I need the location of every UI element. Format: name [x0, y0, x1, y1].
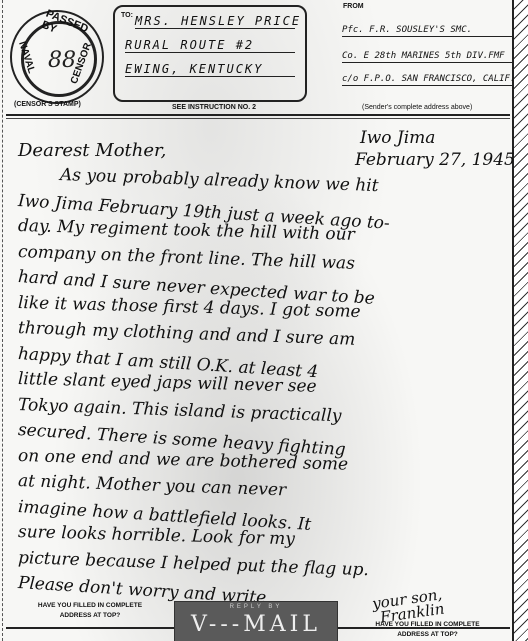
letter-line: company on the front line. The hill was [18, 242, 356, 274]
letter-line: at night. Mother you can never [18, 471, 287, 500]
censor-stamp-number: 88 [48, 48, 76, 73]
vmail-badge: REPLY BY V---MAIL [174, 601, 338, 641]
letter-salutation: Dearest Mother, [18, 140, 166, 161]
recipient-line-1: MRS. HENSLEY PRICE [135, 14, 295, 29]
to-label: TO: [121, 12, 133, 19]
letter-line: As you probably already know we hit [60, 165, 379, 196]
censor-stamp: PASSED BY NAVAL CENSOR 88 [10, 10, 104, 104]
footer-note-left: HAVE YOU FILLED IN COMPLETE ADDRESS AT T… [20, 601, 160, 621]
footer-note-left-line-2: ADDRESS AT TOP? [20, 611, 160, 621]
vmail-badge-title: V---MAIL [175, 612, 337, 637]
censor-stamp-label: (CENSOR'S STAMP) [14, 101, 81, 108]
sender-line-1: Pfc. F.R. SOUSLEY'S SMC. [342, 24, 512, 37]
recipient-line-3: EWING, KENTUCKY [125, 62, 295, 77]
header-divider [6, 114, 510, 116]
footer-note-left-line-1: HAVE YOU FILLED IN COMPLETE [20, 601, 160, 611]
instruction-note: SEE INSTRUCTION NO. 2 [172, 104, 256, 111]
footer-note-right-line-2: ADDRESS AT TOP? [355, 630, 500, 640]
sender-line-3: c/o F.P.O. SAN FRANCISCO, CALIF. [342, 73, 514, 86]
vmail-badge-small-text: REPLY BY [175, 604, 337, 610]
letter-line: picture because I helped put the flag up… [18, 548, 370, 580]
footer-note-right: HAVE YOU FILLED IN COMPLETE ADDRESS AT T… [355, 620, 500, 640]
sender-address-note: (Sender's complete address above) [362, 104, 472, 111]
vmail-letter-page: PASSED BY NAVAL CENSOR 88 (CENSOR'S STAM… [0, 0, 528, 641]
perforated-edge [2, 0, 7, 641]
letter-place: Iwo Jima [360, 128, 435, 148]
sender-line-2: Co. E 28th MARINES 5th DIV.FMF [342, 50, 514, 63]
letter-date: February 27, 1945 [355, 150, 515, 170]
header-divider-thin [6, 118, 510, 119]
letter-line: through my clothing and and I sure am [18, 318, 356, 350]
recipient-line-2: RURAL ROUTE #2 [125, 38, 295, 53]
from-label: FROM [343, 3, 364, 10]
hatched-margin [512, 0, 528, 641]
letter-line: Tokyo again. This island is practically [18, 395, 342, 426]
